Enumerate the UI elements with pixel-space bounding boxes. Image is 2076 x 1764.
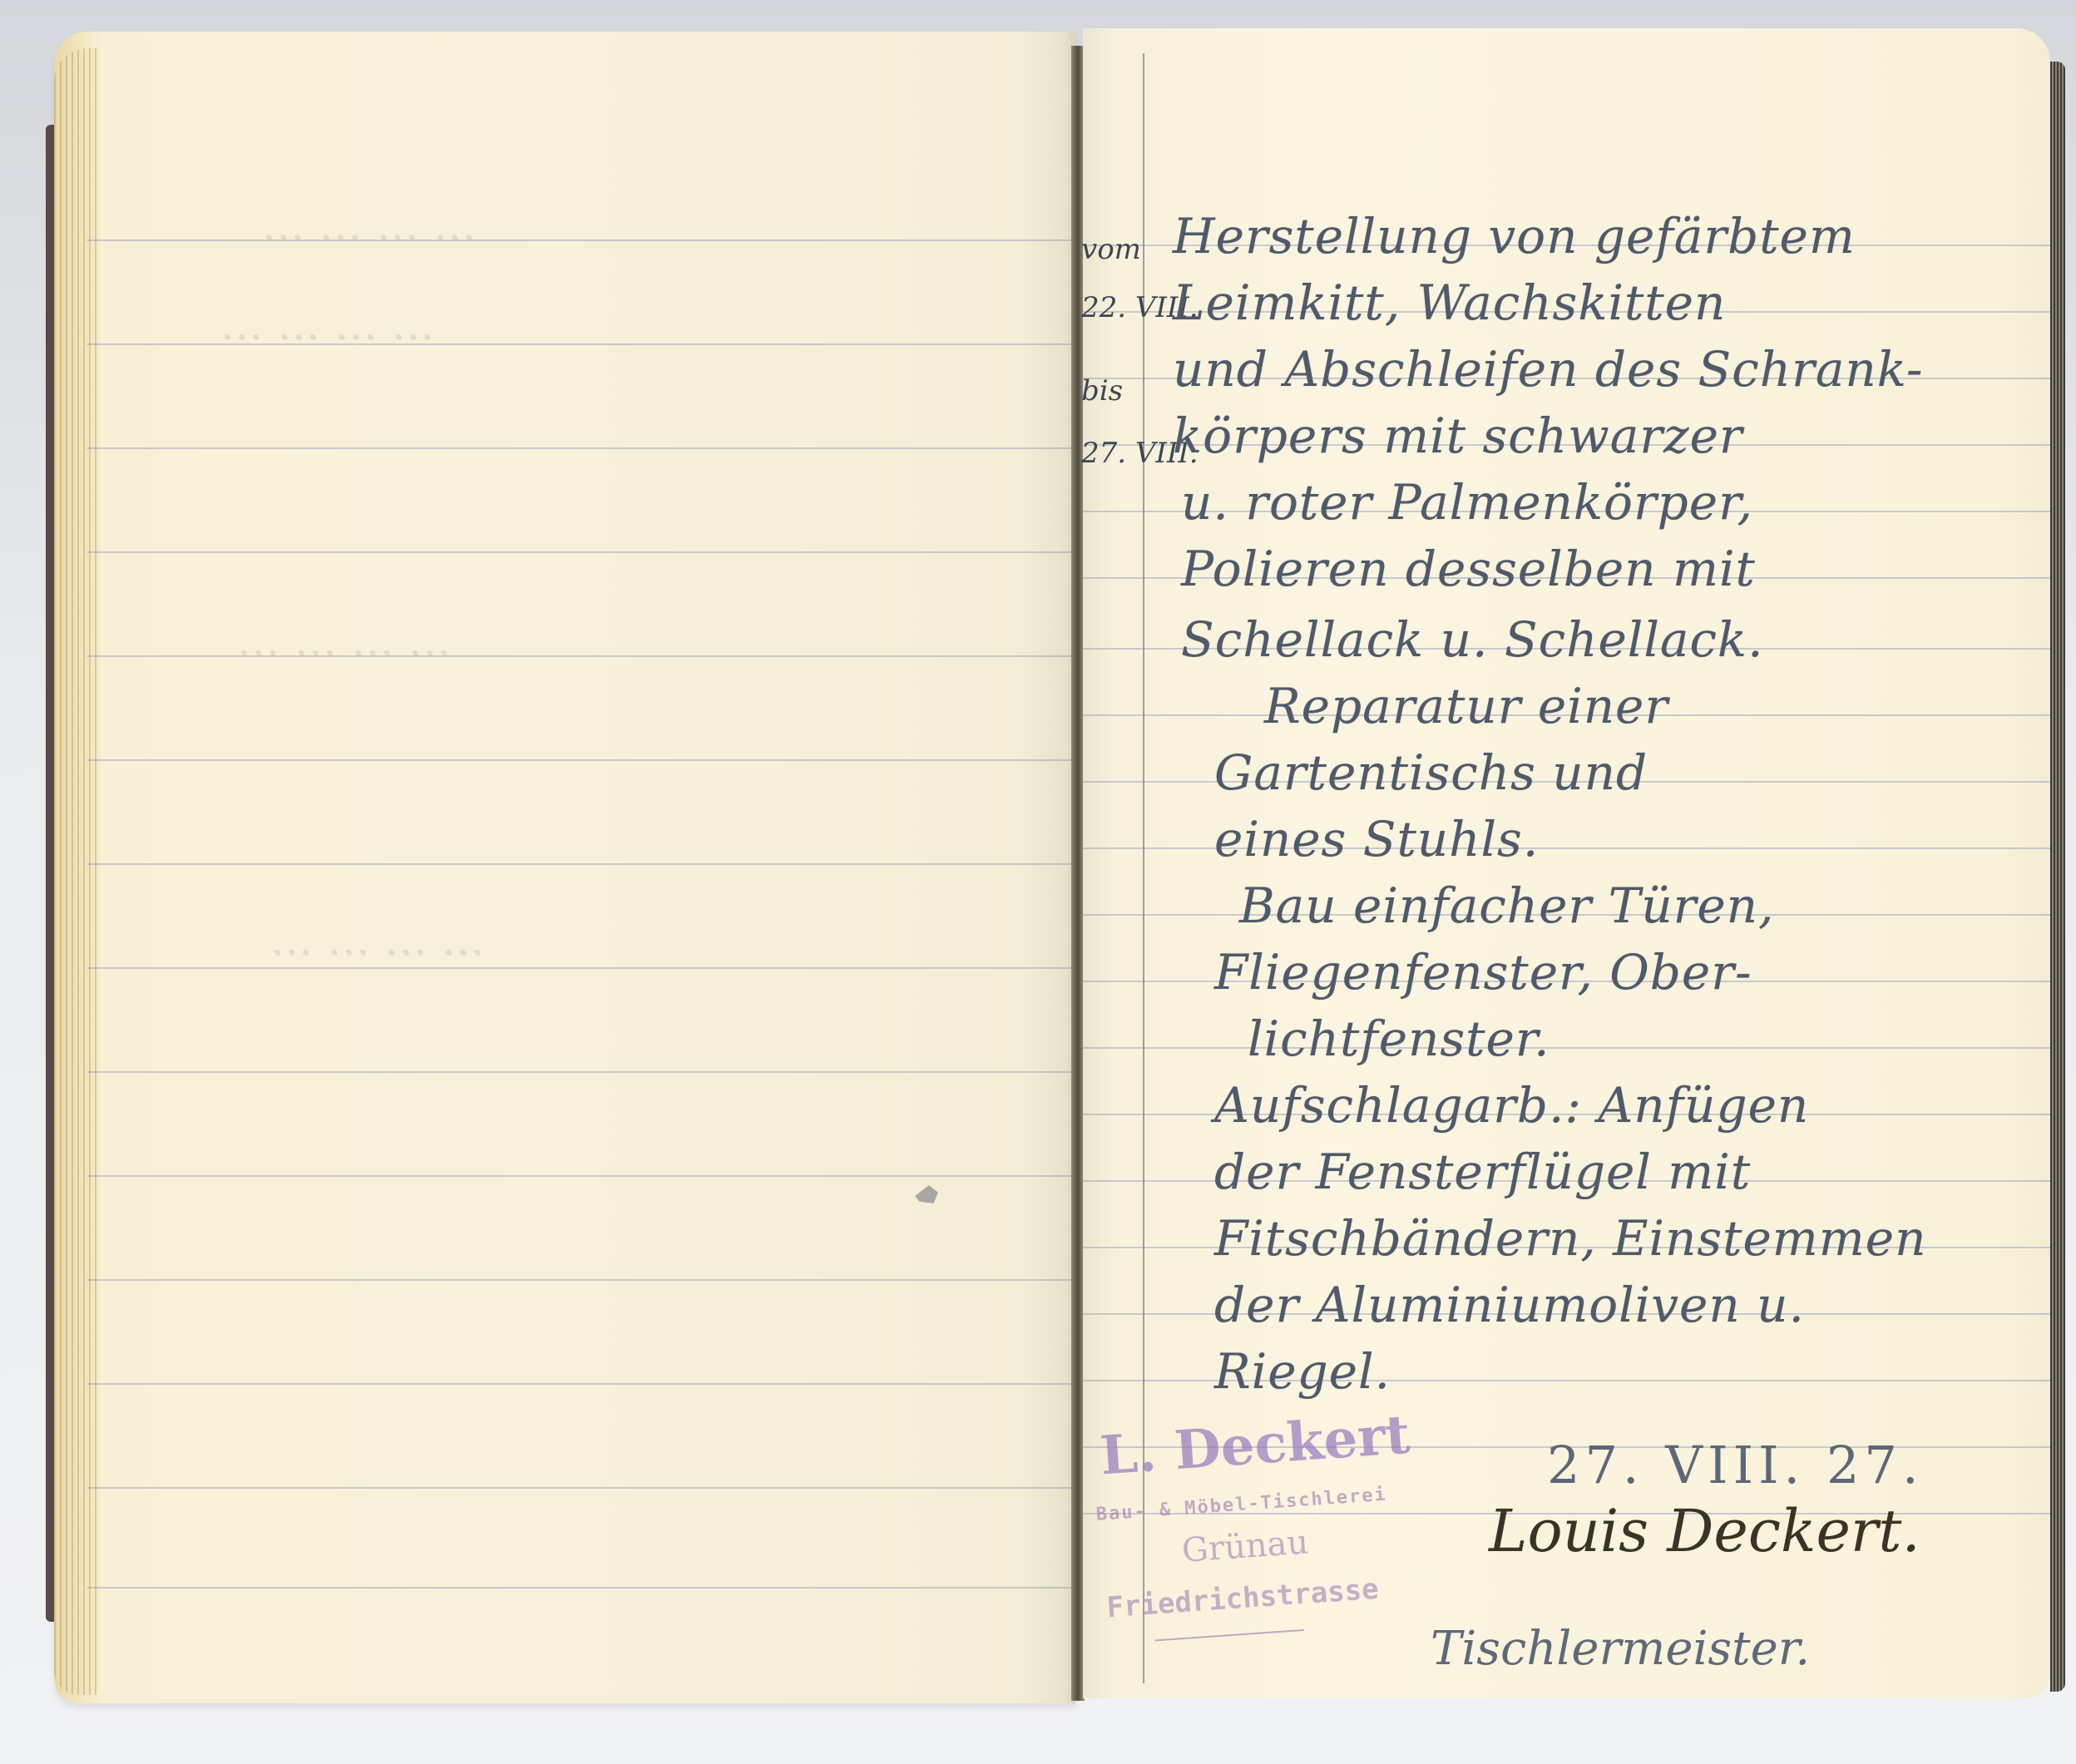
handwritten-line: Riegel. <box>1214 1347 1391 1396</box>
signature: Louis Deckert. <box>1489 1497 1920 1565</box>
left-page: ... ... ... ... ... ... ... ... ... ... … <box>54 32 1075 1703</box>
page-edges-right <box>2050 62 2065 1692</box>
handwritten-line: Polieren desselben mit <box>1181 545 1756 593</box>
handwritten-line: Herstellung von gefärbtem <box>1173 212 1856 260</box>
ruled-line <box>87 1175 1075 1177</box>
entry-date: 27. VIII. 27. <box>1547 1435 1924 1495</box>
stamp-rule <box>1155 1629 1305 1642</box>
bleed-through-text: ... ... ... ... <box>270 913 484 966</box>
ruled-line <box>1083 1047 2050 1049</box>
margin-note-to: bis <box>1081 374 1123 408</box>
ruled-line <box>87 1487 1075 1489</box>
handwritten-line: Bau einfacher Türen, <box>1239 882 1774 930</box>
margin-note-from: vom <box>1081 233 1141 266</box>
stamp-town: Grünau <box>1181 1523 1310 1570</box>
handwritten-line: eines Stuhls. <box>1214 815 1539 863</box>
handwritten-line: Schellack u. Schellack. <box>1181 615 1764 664</box>
handwritten-line: Gartentischs und <box>1214 749 1648 797</box>
handwritten-line: Fliegenfenster, Ober- <box>1214 948 1752 996</box>
stamp-street: Friedrichstrasse <box>1105 1573 1380 1625</box>
handwritten-line: Fitschbändern, Einstemmen <box>1214 1214 1926 1262</box>
handwritten-line: u. roter Palmenkörper, <box>1181 478 1753 526</box>
footer-title: Tischlermeister. <box>1431 1622 1810 1676</box>
ruled-line <box>87 863 1075 865</box>
handwritten-line: Leimkitt, Wachskitten <box>1173 279 1726 327</box>
ruled-line <box>87 551 1075 553</box>
business-stamp: L. Deckert Bau- & Möbel-Tischlerei Grüna… <box>1090 1402 1438 1666</box>
ruled-line <box>87 1587 1075 1589</box>
stamp-trade: Bau- & Möbel-Tischlerei <box>1095 1485 1388 1525</box>
ruled-line <box>87 967 1075 969</box>
handwritten-line: Reparatur einer <box>1264 682 1668 730</box>
handwritten-line: körpers mit schwarzer <box>1173 412 1743 460</box>
ruled-line <box>87 240 1075 241</box>
handwritten-line: Aufschlagarb.: Anfügen <box>1214 1081 1809 1129</box>
handwritten-line: der Aluminiumoliven u. <box>1214 1281 1805 1329</box>
page-edges <box>54 48 100 1695</box>
handwritten-line: der Fensterflügel mit <box>1214 1148 1751 1196</box>
bleed-through-text: ... ... ... ... <box>220 298 434 350</box>
bleed-through-text: ... ... ... ... <box>237 614 451 666</box>
handwritten-line: lichtfenster. <box>1248 1015 1550 1063</box>
handwritten-line: und Abschleifen des Schrank- <box>1173 345 1924 393</box>
ruled-line <box>87 1383 1075 1385</box>
ruled-line <box>87 1279 1075 1281</box>
bleed-through-text: ... ... ... ... <box>262 198 476 250</box>
ruled-line <box>87 447 1075 449</box>
ruled-line <box>87 1071 1075 1073</box>
ruled-line <box>87 655 1075 657</box>
ruled-line <box>87 759 1075 761</box>
